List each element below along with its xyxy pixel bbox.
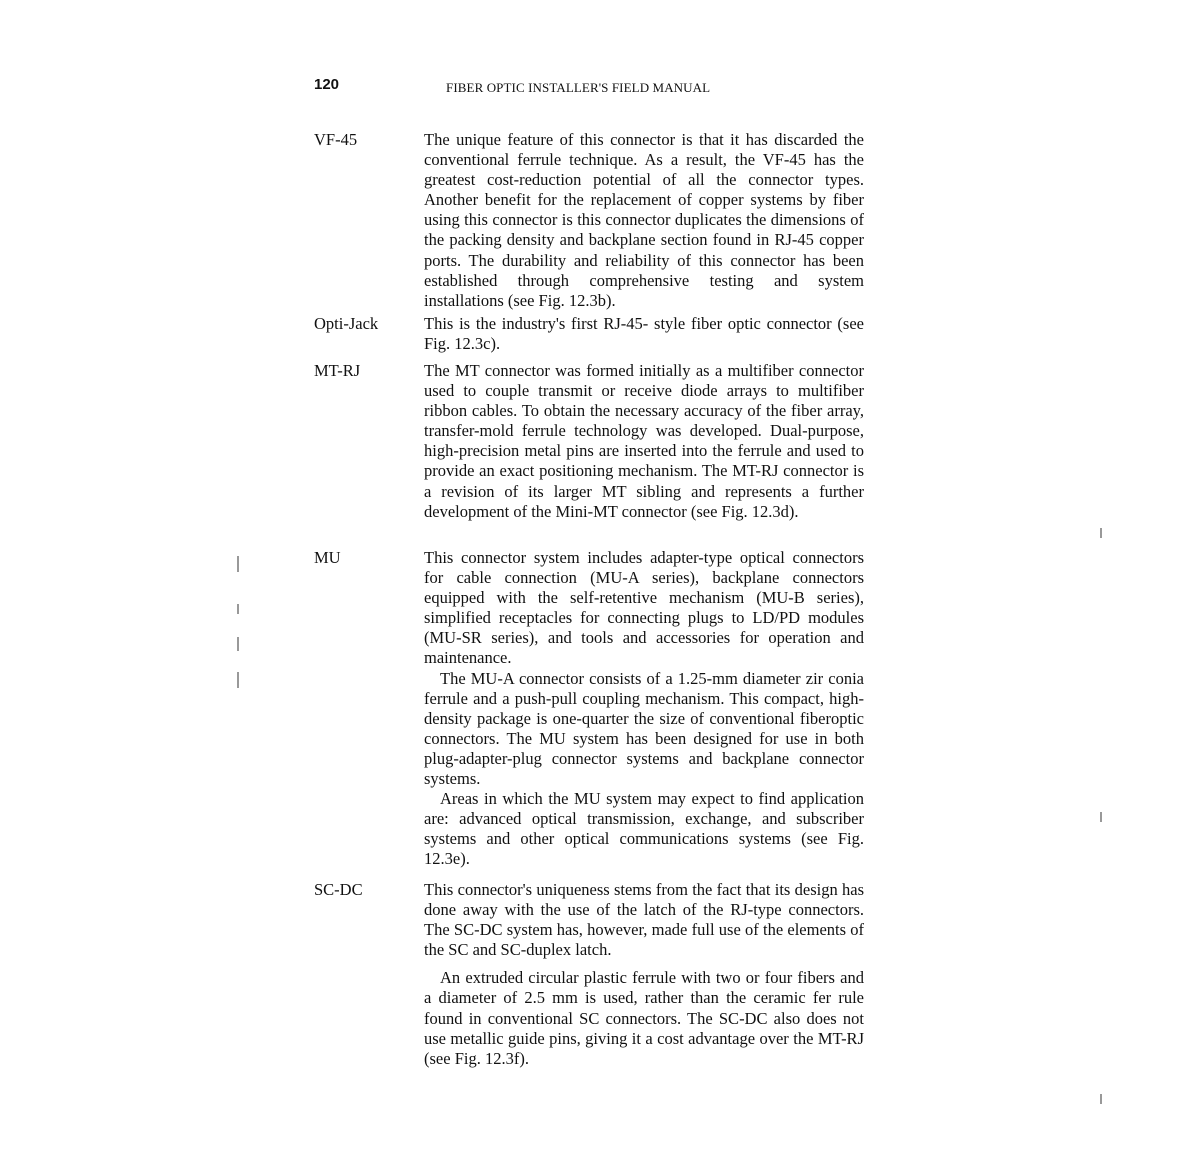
term-description: This connector's uniqueness stems from t… [424,880,864,1069]
paragraph: This connector's uniqueness stems from t… [424,880,864,960]
term-description: The MT connector was formed initially as… [424,361,864,522]
paragraph: An extruded circular plastic ferrule wit… [424,968,864,1068]
term-label: MT-RJ [314,361,360,381]
paragraph: This connector system includes adapter-t… [424,548,864,669]
term-description: This is the industry's first RJ-45- styl… [424,314,864,354]
term-label: Opti-Jack [314,314,378,334]
scan-artifact [1100,528,1102,538]
term-label: SC-DC [314,880,363,900]
paragraph: Areas in which the MU system may expect … [424,789,864,869]
paragraph: The unique feature of this connector is … [424,130,864,311]
paragraph: The MU-A connector consists of a 1.25-mm… [424,669,864,790]
term-label: MU [314,548,341,568]
entry-sc-dc: SC-DC This connector's uniqueness stems … [314,880,874,1069]
scan-artifact [237,604,239,614]
scan-artifact [237,556,239,572]
entry-mu: MU This connector system includes adapte… [314,548,874,870]
entry-vf-45: VF-45 The unique feature of this connect… [314,130,874,311]
entry-opti-jack: Opti-Jack This is the industry's first R… [314,314,874,354]
entry-mt-rj: MT-RJ The MT connector was formed initia… [314,361,874,522]
scan-artifact [237,672,239,688]
term-description: The unique feature of this connector is … [424,130,864,311]
running-head: FIBER OPTIC INSTALLER'S FIELD MANUAL [446,80,710,96]
scan-artifact [237,637,239,651]
page-number: 120 [314,76,339,93]
term-description: This connector system includes adapter-t… [424,548,864,870]
paragraph: This is the industry's first RJ-45- styl… [424,314,864,354]
scan-artifact [1100,1094,1102,1104]
scan-artifact [1100,812,1102,822]
term-label: VF-45 [314,130,357,150]
paragraph: The MT connector was formed initially as… [424,361,864,522]
